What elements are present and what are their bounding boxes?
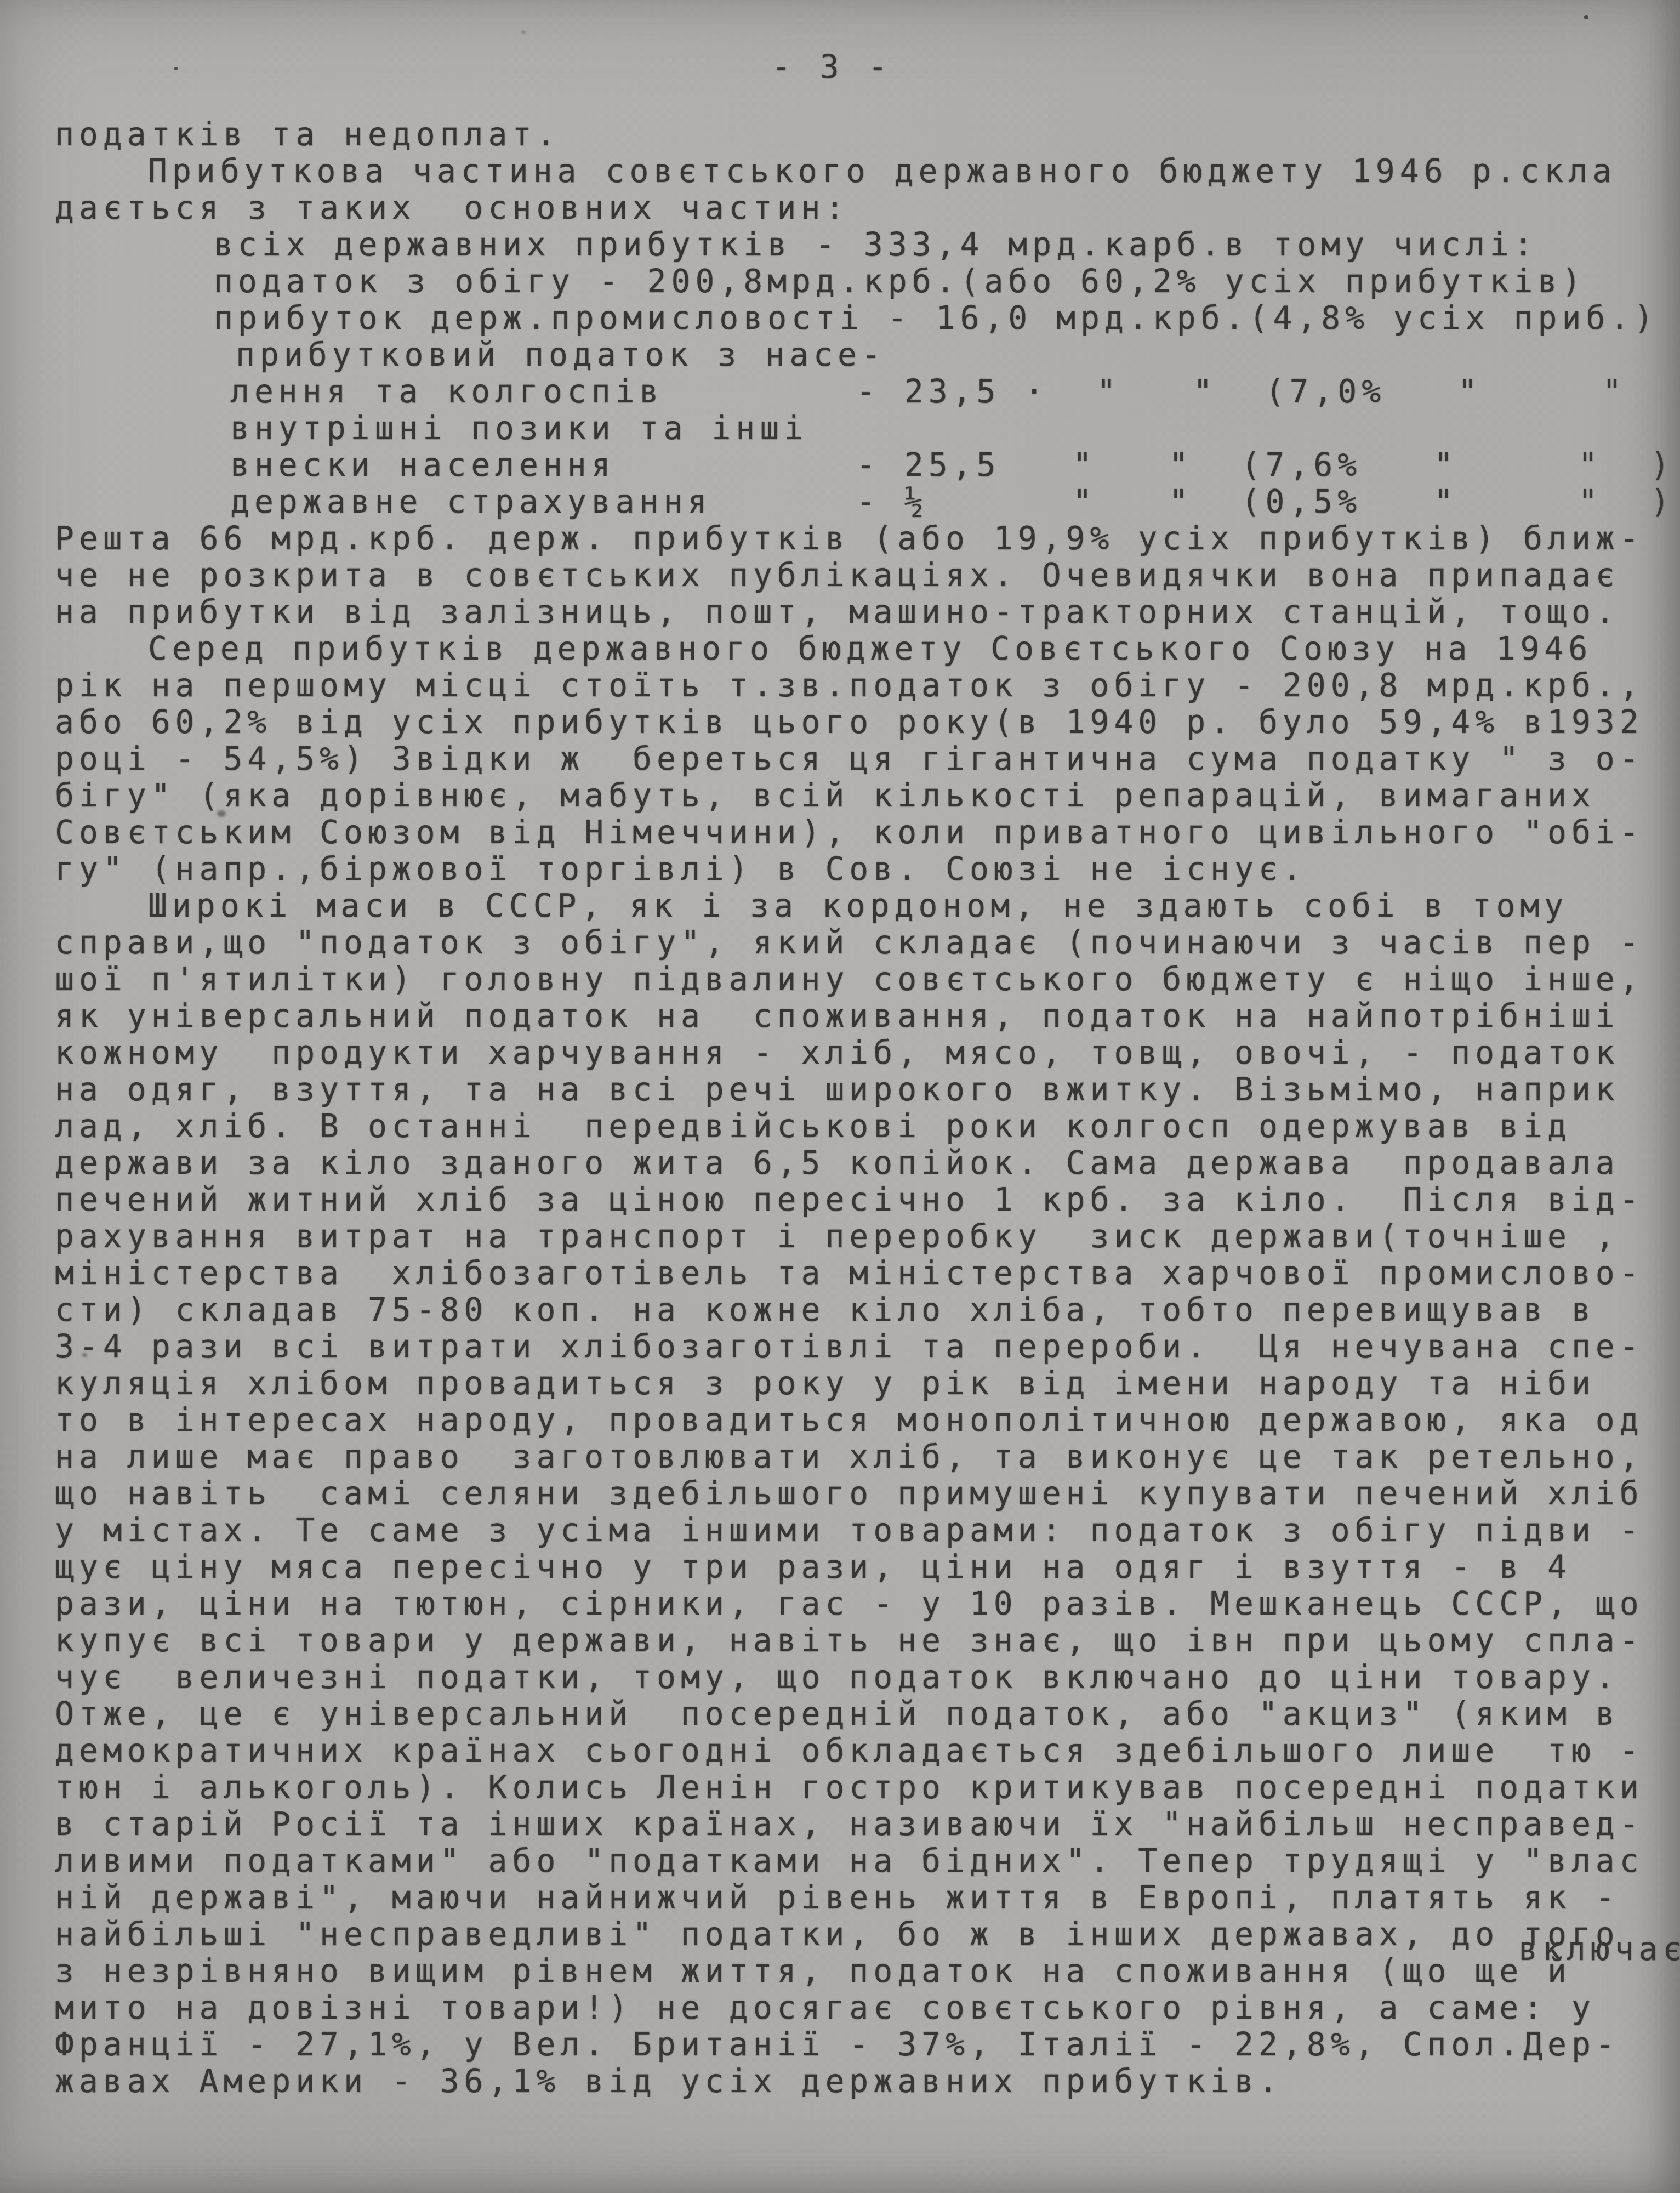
text-line: найбільші "несправедливі" податки, бо ж … xyxy=(55,1916,1658,1953)
page-number: - 3 - xyxy=(772,48,892,86)
text-line: бігу" (яка дорівнює, мабуть, всій кілько… xyxy=(55,777,1658,814)
text-line: Серед прибутків державного бюджету Совєт… xyxy=(55,630,1658,667)
text-line: Отже, це є універсальний посередній пода… xyxy=(55,1696,1658,1732)
typewritten-text: податків та недоплат.Прибуткова частина … xyxy=(55,116,1658,2100)
text-line: податків та недоплат. xyxy=(55,116,1658,153)
text-line: держави за кіло зданого жита 6,5 копійок… xyxy=(55,1145,1658,1181)
text-line: чує величезні податки, тому, що податок … xyxy=(55,1659,1658,1696)
text-line: ливими податками" або "податками на бідн… xyxy=(55,1843,1658,1879)
text-line: податок з обігу - 200,8мрд.крб.(або 60,2… xyxy=(55,263,1658,300)
paper-speck xyxy=(1584,15,1588,19)
scanned-typewritten-page: - 3 - податків та недоплат.Прибуткова ча… xyxy=(0,0,1680,2193)
text-line: шої п'ятилітки) головну підвалину совєтс… xyxy=(55,961,1658,998)
interline-insertion: включає xyxy=(1518,1933,1680,1965)
text-line: кожному продукти харчування - хліб, мясо… xyxy=(55,1035,1658,1071)
text-line: мито на довізні товари!) не досягає совє… xyxy=(55,1990,1658,2026)
text-line: на одяг, взуття, та на всі речі широкого… xyxy=(55,1071,1658,1108)
text-line: сти) складав 75-80 коп. на кожне кіло хл… xyxy=(55,1292,1658,1328)
text-line: державне страхування - ½ " " (0,5% " " ) xyxy=(55,484,1658,520)
text-line: 3-4 рази всі витрати хлібозаготівлі та п… xyxy=(55,1328,1658,1365)
text-line: прибуток держ.промисловості - 16,0 мрд.к… xyxy=(55,300,1658,337)
text-line: внутрішні позики та інші xyxy=(55,410,1658,447)
text-line: лад, хліб. В останні передвійськові роки… xyxy=(55,1108,1658,1145)
text-line: міністерства хлібозаготівель та міністер… xyxy=(55,1255,1658,1292)
paper-speck xyxy=(174,67,178,70)
text-line: на прибутки від залізниць, пошт, машино-… xyxy=(55,594,1658,630)
text-line: або 60,2% від усіх прибутків цього року(… xyxy=(55,704,1658,741)
text-line: щує ціну мяса пересічно у три рази, ціни… xyxy=(55,1549,1658,1586)
text-line: дається з таких основних частин: xyxy=(55,190,1658,226)
text-line: то в інтересах народу, провадиться моноп… xyxy=(55,1402,1658,1439)
text-line: купує всі товари у держави, навіть не зн… xyxy=(55,1622,1658,1659)
text-line: рахування витрат на транспорт і переробк… xyxy=(55,1218,1658,1255)
text-line: в старій Росії та інших країнах, називаю… xyxy=(55,1806,1658,1843)
text-line: куляція хлібом провадиться з року у рік … xyxy=(55,1365,1658,1402)
text-line: демократичних країнах сьогодні обкладаєт… xyxy=(55,1732,1658,1769)
text-line: прибутковий податок з насе- xyxy=(55,337,1658,373)
text-line: на лише має право заготовлювати хліб, та… xyxy=(55,1439,1658,1475)
text-line: лення та колгоспів - 23,5 · " " (7,0% " … xyxy=(55,373,1658,410)
text-line: всіх державних прибутків - 333,4 мрд.кар… xyxy=(55,226,1658,263)
text-line: ній державі", маючи найнижчий рівень жит… xyxy=(55,1879,1658,1916)
text-line: справи,що "податок з обігу", який склада… xyxy=(55,924,1658,961)
text-line: з незрівняно вищим рівнем життя, податок… xyxy=(55,1953,1658,1990)
text-line: Решта 66 мрд.крб. держ. прибутків (або 1… xyxy=(55,520,1658,557)
text-line: внески населення - 25,5 " " (7,6% " " ) xyxy=(55,447,1658,484)
text-line: рік на першому місці стоїть т.зв.податок… xyxy=(55,667,1658,704)
text-line: у містах. Те саме з усіма іншими товарам… xyxy=(55,1512,1658,1549)
text-line: гу" (напр.,біржової торгівлі) в Сов. Сою… xyxy=(55,851,1658,888)
text-line: році - 54,5%) Звідки ж береться ця гіган… xyxy=(55,741,1658,777)
text-line: Прибуткова частина совєтського державног… xyxy=(55,153,1658,190)
text-line: Широкі маси в СССР, як і за кордоном, не… xyxy=(55,888,1658,924)
text-line: Совєтським Союзом від Німеччини), коли п… xyxy=(55,814,1658,851)
text-line: печений житний хліб за ціною пересічно 1… xyxy=(55,1181,1658,1218)
paper-speck xyxy=(522,31,525,33)
text-line: що навіть самі селяни здебільшого примуш… xyxy=(55,1475,1658,1512)
text-line: рази, ціни на тютюн, сірники, гас - у 10… xyxy=(55,1586,1658,1622)
text-line: жавах Америки - 36,1% від усіх державних… xyxy=(55,2063,1658,2100)
text-line: че не розкрита в совєтських публікаціях.… xyxy=(55,557,1658,594)
text-line: як універсальний податок на споживання, … xyxy=(55,998,1658,1035)
text-line: тюн і алькоголь). Колись Ленін гостро кр… xyxy=(55,1769,1658,1806)
text-line: Франції - 27,1%, у Вел. Британії - 37%, … xyxy=(55,2026,1658,2063)
